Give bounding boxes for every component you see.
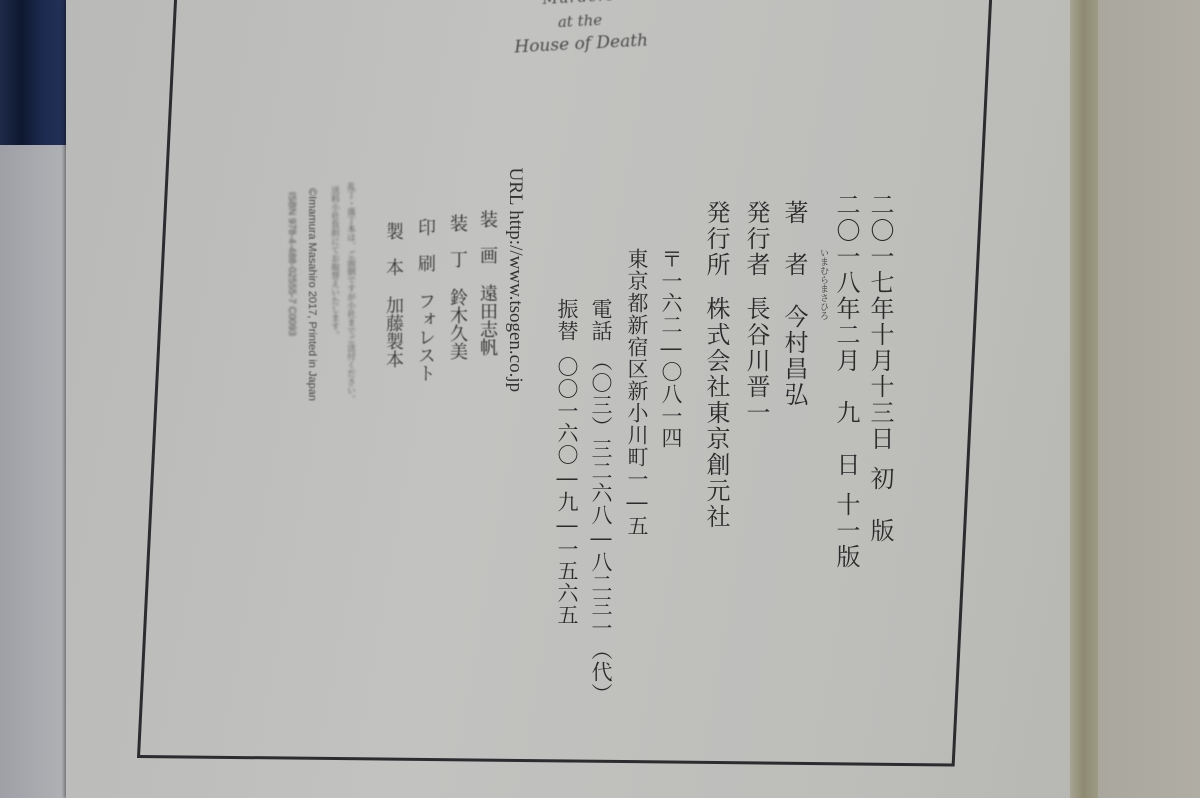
postal-code: 〒一六二―〇八一四 (660, 248, 681, 449)
edition-latest-label: 十一版 (832, 492, 860, 570)
credit-design: 装 丁鈴木久美 (448, 172, 484, 360)
author-reading: いまむらまさひろ (818, 248, 827, 320)
publisher-company-name: 株式会社東京創元社 (702, 296, 730, 530)
notice-line-2: 送料小社負担にてお取替えいたします。 (330, 186, 339, 339)
transfer-number: 〇〇一六〇―九―一五六五 (555, 356, 579, 626)
credit-name: 加藤製本 (383, 296, 404, 368)
book-cover-edge (0, 0, 72, 145)
publisher-company-label: 発行所 (702, 200, 730, 278)
transfer-row: 振替〇〇一六〇―九―一五六五 (556, 248, 598, 626)
credit-binding: 製 本加藤製本 (384, 180, 420, 368)
isbn-line: ISBN 978-4-488-02555-7 C0093 (286, 192, 296, 336)
notice-line-1: 乱丁・落丁本は、ご面倒ですが小社までご送付ください。 (346, 182, 355, 403)
copyright-line: ©Imamura Masahiro 2017, Printed in Japan (306, 188, 317, 401)
adjacent-page-left (0, 145, 72, 798)
book-spine-gutter (1070, 0, 1100, 798)
credit-printing: 印 刷フォレスト (416, 176, 452, 382)
edition-latest: 二〇一八年二月 九 日十一版 (834, 132, 882, 570)
credit-role: 製 本 (383, 222, 404, 276)
adjacent-page-right (1098, 0, 1200, 798)
edition-latest-date: 二〇一八年二月 九 日 (832, 192, 860, 478)
publisher-company-row: 発行所株式会社東京創元社 (704, 140, 752, 530)
transfer-label: 振替 (555, 298, 579, 342)
